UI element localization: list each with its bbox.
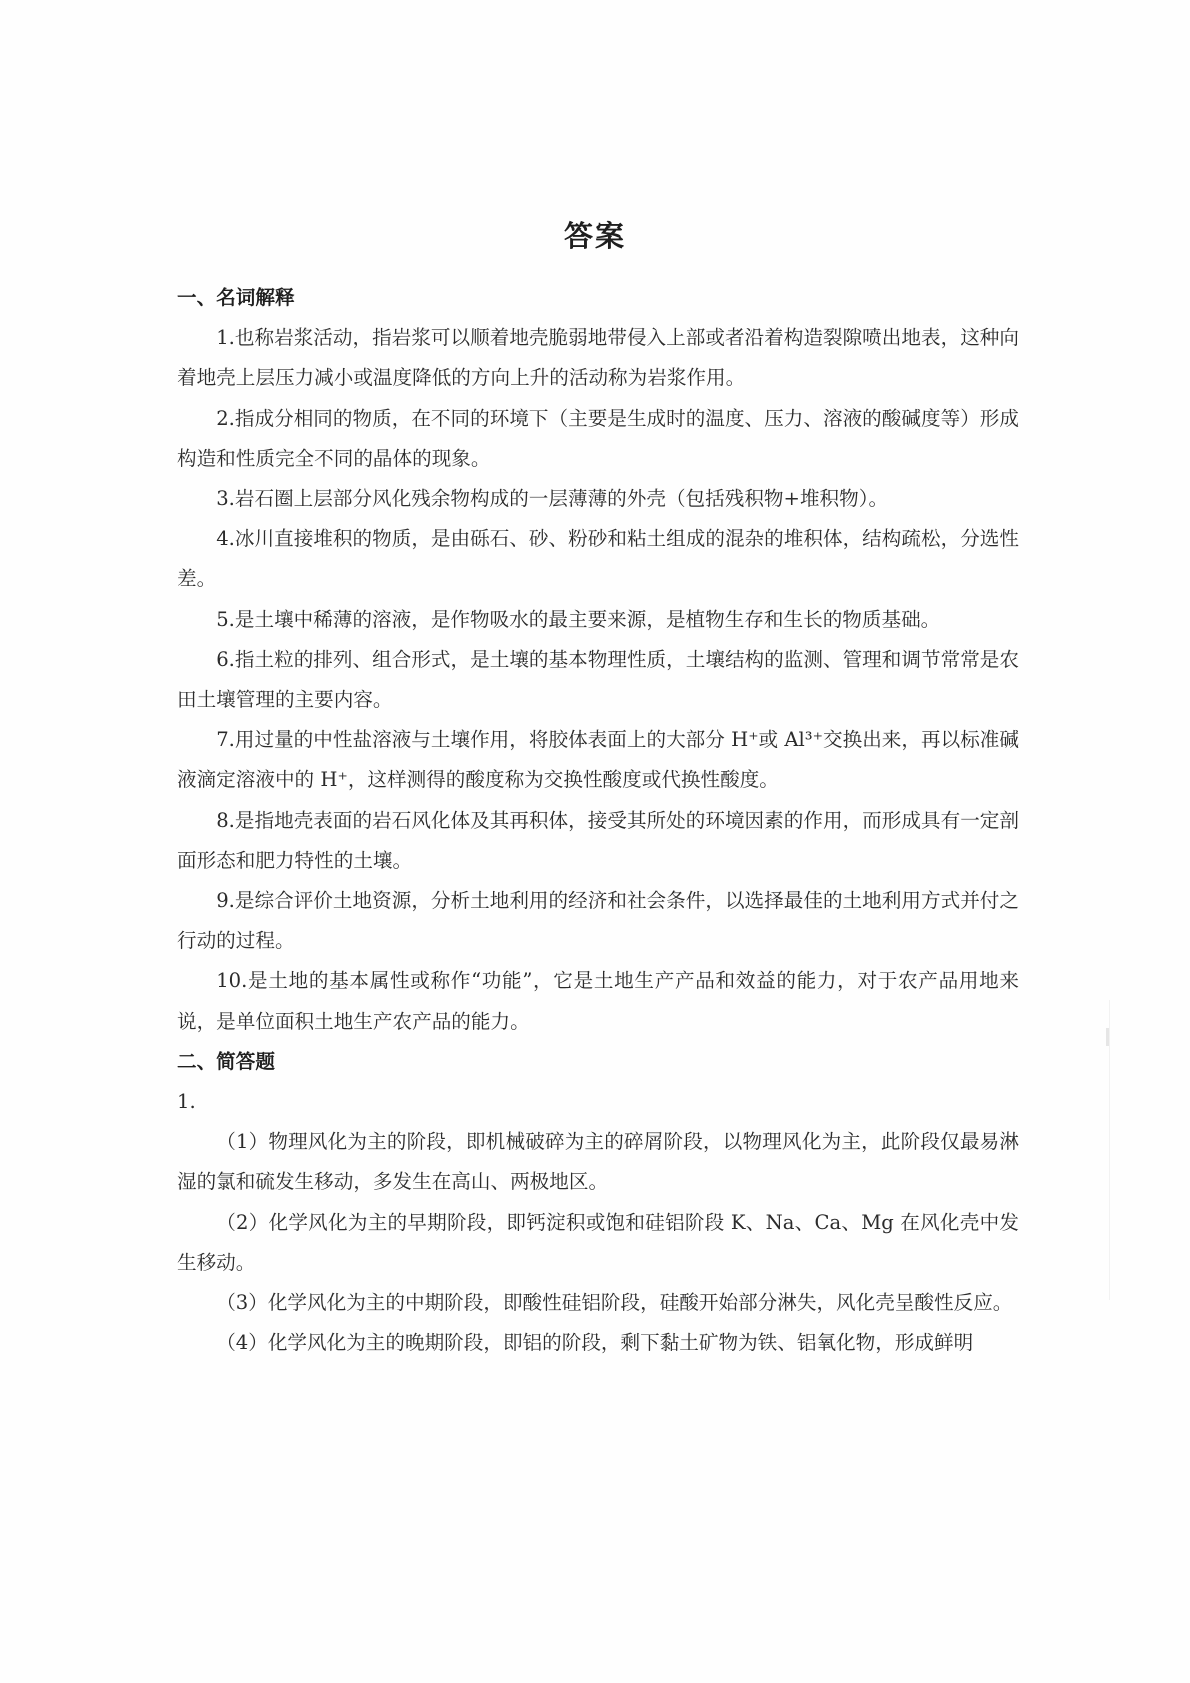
- section-heading-short-answer: 二、简答题: [177, 1042, 1019, 1082]
- page-title: 答案: [0, 214, 1190, 255]
- term-answer-5: 5.是土壤中稀薄的溶液，是作物吸水的最主要来源，是植物生存和生长的物质基础。: [177, 600, 1019, 640]
- term-answer-7: 7.用过量的中性盐溶液与土壤作用，将胶体表面上的大部分 H⁺或 Al³⁺交换出来…: [177, 720, 1019, 800]
- term-answer-4: 4.冰川直接堆积的物质，是由砾石、砂、粉砂和粘土组成的混杂的堆积体，结构疏松，分…: [177, 519, 1019, 599]
- question-number: 1.: [177, 1082, 1019, 1122]
- term-answer-8: 8.是指地壳表面的岩石风化体及其再积体，接受其所处的环境因素的作用，而形成具有一…: [177, 801, 1019, 881]
- term-answer-6: 6.指土粒的排列、组合形式，是土壤的基本物理性质，土壤结构的监测、管理和调节常常…: [177, 640, 1019, 720]
- short-answer-part-4: （4）化学风化为主的晚期阶段，即铝的阶段，剩下黏土矿物为铁、铝氧化物，形成鲜明: [177, 1323, 1019, 1363]
- term-answer-9: 9.是综合评价土地资源，分析土地利用的经济和社会条件，以选择最佳的土地利用方式并…: [177, 881, 1019, 961]
- short-answer-part-3: （3）化学风化为主的中期阶段，即酸性硅铝阶段，硅酸开始部分淋失，风化壳呈酸性反应…: [177, 1283, 1019, 1323]
- short-answer-part-2: （2）化学风化为主的早期阶段，即钙淀积或饱和硅铝阶段 K、Na、Ca、Mg 在风…: [177, 1203, 1019, 1283]
- term-answer-3: 3.岩石圈上层部分风化残余物构成的一层薄薄的外壳（包括残积物+堆积物）。: [177, 479, 1019, 519]
- scan-artifact: [1109, 1000, 1110, 1300]
- section-heading-terms: 一、名词解释: [177, 278, 1019, 318]
- term-answer-10: 10.是土地的基本属性或称作“功能”，它是土地生产产品和效益的能力，对于农产品用…: [177, 961, 1019, 1041]
- short-answer-part-1: （1）物理风化为主的阶段，即机械破碎为主的碎屑阶段，以物理风化为主，此阶段仅最易…: [177, 1122, 1019, 1202]
- document-page: 答案 一、名词解释 1.也称岩浆活动，指岩浆可以顺着地壳脆弱地带侵入上部或者沿着…: [0, 0, 1190, 1683]
- term-answer-2: 2.指成分相同的物质，在不同的环境下（主要是生成时的温度、压力、溶液的酸碱度等）…: [177, 399, 1019, 479]
- document-body: 一、名词解释 1.也称岩浆活动，指岩浆可以顺着地壳脆弱地带侵入上部或者沿着构造裂…: [177, 278, 1019, 1363]
- term-answer-1: 1.也称岩浆活动，指岩浆可以顺着地壳脆弱地带侵入上部或者沿着构造裂隙喷出地表，这…: [177, 318, 1019, 398]
